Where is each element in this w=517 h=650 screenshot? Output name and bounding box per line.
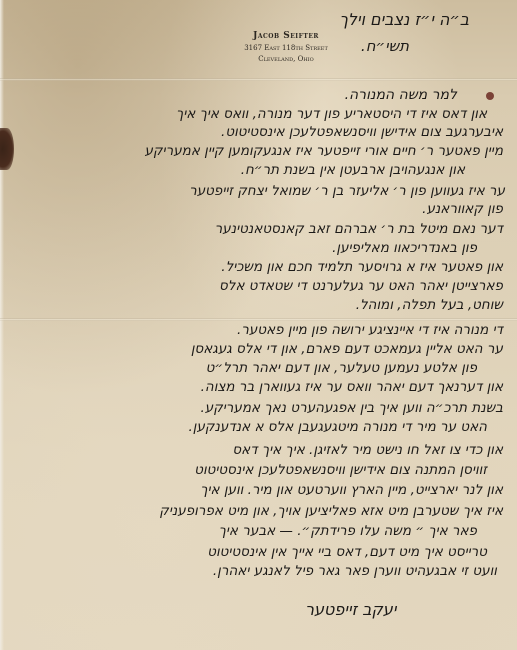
fold-line <box>0 318 517 321</box>
letter-line: ער האט אליין געמאכט דעם פארם, און די אלס… <box>191 341 503 357</box>
letter-line: און לנר יארצייט, מיין הארץ ווערטעט און מ… <box>200 482 503 498</box>
ink-stain <box>0 128 14 170</box>
letter-line: און אנגעהויבן ארבעטן אין בשנת תר״ח. <box>241 162 465 178</box>
letter-line: זוויסן המתנה צום אידישן וויסנשאפטלעכן אי… <box>194 462 487 478</box>
letter-line: דער נאם מיטל בת ר׳ אברהם זאב קאנסטאנטינע… <box>215 221 503 237</box>
letter-line: וועט זי אבגעהיט ווערן פאר גאר פיל לאנגע … <box>213 563 497 579</box>
letter-line: די מנורה איז די איינציגע ירושה פון מיין … <box>237 322 503 338</box>
paper-edge <box>0 0 4 650</box>
letterhead-name: Jacob Seifter <box>222 30 350 43</box>
letterhead-address-street: 3167 East 118th Street <box>222 43 350 54</box>
letter-line: פון קאווראנע. <box>422 201 503 217</box>
letter-line: בשנת תרכ״ה ווען איך בין אפגעהערט נאך אמע… <box>200 400 503 416</box>
salutation: למר משה המנורה. <box>345 87 457 103</box>
letter-line: טרייסט איך מיט דעם, דאס ביי אייך אין אינ… <box>207 544 487 560</box>
letterhead-address-city: Cleveland, Ohio <box>222 54 350 65</box>
letter-line: און דערנאך דעם יאהר וואס ער איז געווארן … <box>201 379 503 395</box>
letter-line: מיין פאטער ר׳ חיים אורי זייפטער איז אנגע… <box>145 143 503 159</box>
date-line-year: תשי״ח. <box>361 37 409 55</box>
letterhead: Jacob Seifter 3167 East 118th Street Cle… <box>222 30 350 65</box>
letter-line: שוחט, בעל תפלה, ומוהל. <box>356 297 503 313</box>
letter-line: פון באנדריכאוו מאליפיען. <box>332 240 477 256</box>
letter-line: פאר איך ״ משה עלו פרידתק״. — אבער איך <box>219 523 477 539</box>
letter-line: איבערגעב צום אידישן וויסנשאפטלעכן אינסטי… <box>221 124 503 140</box>
signature: יעקב זייפטער <box>305 600 396 619</box>
letter-line: און כדי צו זאל חו נישט מיר לאזיגן. איך א… <box>232 442 503 458</box>
letter-line: פארצייטן יאהר האט ער געלערנט די שטאדט אל… <box>219 278 503 294</box>
letter-line: און פאטער איז א גרויסער תלמיד חכם און מש… <box>221 259 503 275</box>
ink-spot <box>486 92 494 100</box>
letter-line: ער איז געווען פון ר׳ אליעזר בן ר׳ שמואל … <box>189 183 505 199</box>
letter-line: האט ער מיר די מנורה מיטגעגעבן אלס א אנדע… <box>189 419 487 435</box>
letter-line: איז איך שטערבן מיט אזא פאליציען אויך, או… <box>159 503 503 519</box>
letter-line: און דאס איז די היסטאריע פון דער מנורה, ו… <box>176 106 487 122</box>
date-line-hebrew: ב״ה י״ז נצבים וילך <box>339 10 469 29</box>
letter-line: פון אלטע נעמען טעלער, און דעם יאהר תרל״ט <box>206 360 477 376</box>
fold-line <box>0 78 517 81</box>
